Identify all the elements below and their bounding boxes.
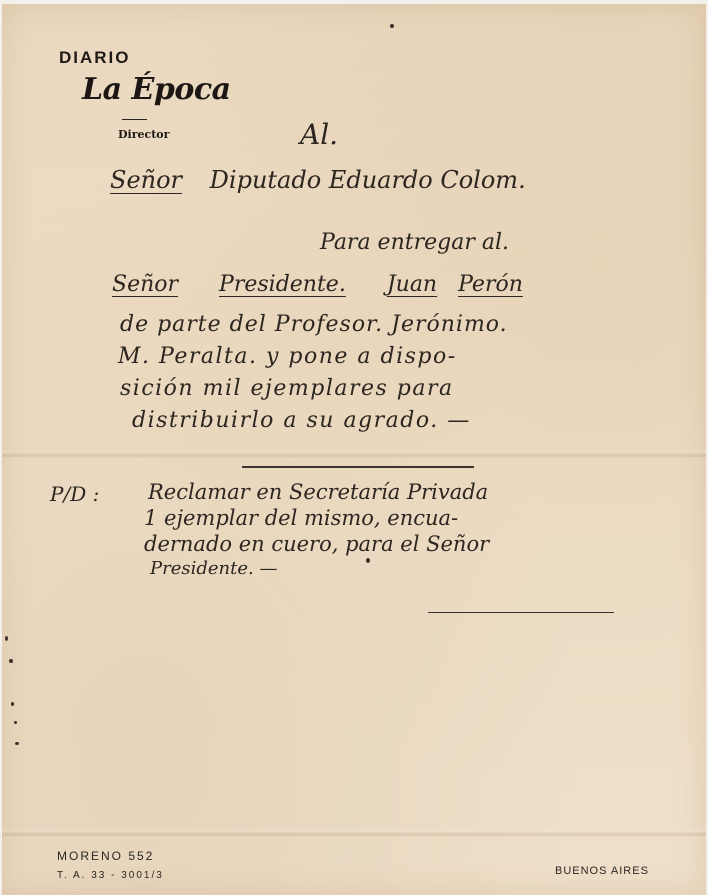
ink-speck (9, 659, 13, 663)
body-line-5: sición mil ejemplares para (120, 376, 454, 401)
postscript-line-3: dernado en cuero, para el Señor (144, 532, 489, 556)
recipient-title: Señor (112, 272, 178, 297)
newspaper-title: La Época (82, 72, 231, 107)
footer-city: BUENOS AIRES (555, 865, 649, 877)
recipient-last-name: Perón (458, 272, 523, 297)
recipient-first-name: Juan (387, 272, 437, 297)
letterhead-role: Director (118, 128, 169, 141)
postscript-line-2: 1 ejemplar del mismo, encua- (144, 506, 458, 530)
ink-separator-line (242, 466, 474, 468)
ink-speck (366, 558, 370, 563)
signature-line (428, 612, 614, 613)
ink-speck (390, 24, 394, 28)
addressee-name: Diputado Eduardo Colom. (210, 166, 526, 194)
paper-fold-line (2, 451, 706, 459)
body-line-1: Para entregar al. (320, 230, 509, 255)
postscript-line-4: Presidente. — (150, 558, 277, 579)
postscript-label: P/D : (50, 482, 99, 506)
body-line-4: M. Peralta. y pone a dispo- (118, 344, 457, 369)
footer-address: MORENO 552 (57, 849, 154, 863)
addressee-title: Señor (110, 166, 182, 194)
body-line-6: distribuirlo a su agrado. — (132, 408, 471, 433)
recipient-role: Presidente. (219, 272, 346, 297)
body-line-2: Señor Presidente. Juan Perón (112, 272, 523, 297)
letter-sheet: DIARIO La Época Director Al. Señor Diput… (2, 4, 706, 895)
ink-speck (11, 702, 14, 706)
salutation: Al. (300, 118, 338, 151)
paper-fold-line (2, 830, 706, 838)
footer-phone: T. A. 33 - 3001/3 (57, 870, 164, 881)
letterhead-divider (122, 119, 147, 120)
letterhead-label: DIARIO (59, 48, 131, 68)
addressee-line: Señor Diputado Eduardo Colom. (110, 166, 526, 194)
body-line-3: de parte del Profesor. Jerónimo. (120, 312, 508, 337)
ink-speck (5, 636, 8, 641)
ink-speck (15, 742, 19, 745)
postscript-line-1: Reclamar en Secretaría Privada (148, 480, 488, 504)
ink-speck (14, 721, 17, 724)
